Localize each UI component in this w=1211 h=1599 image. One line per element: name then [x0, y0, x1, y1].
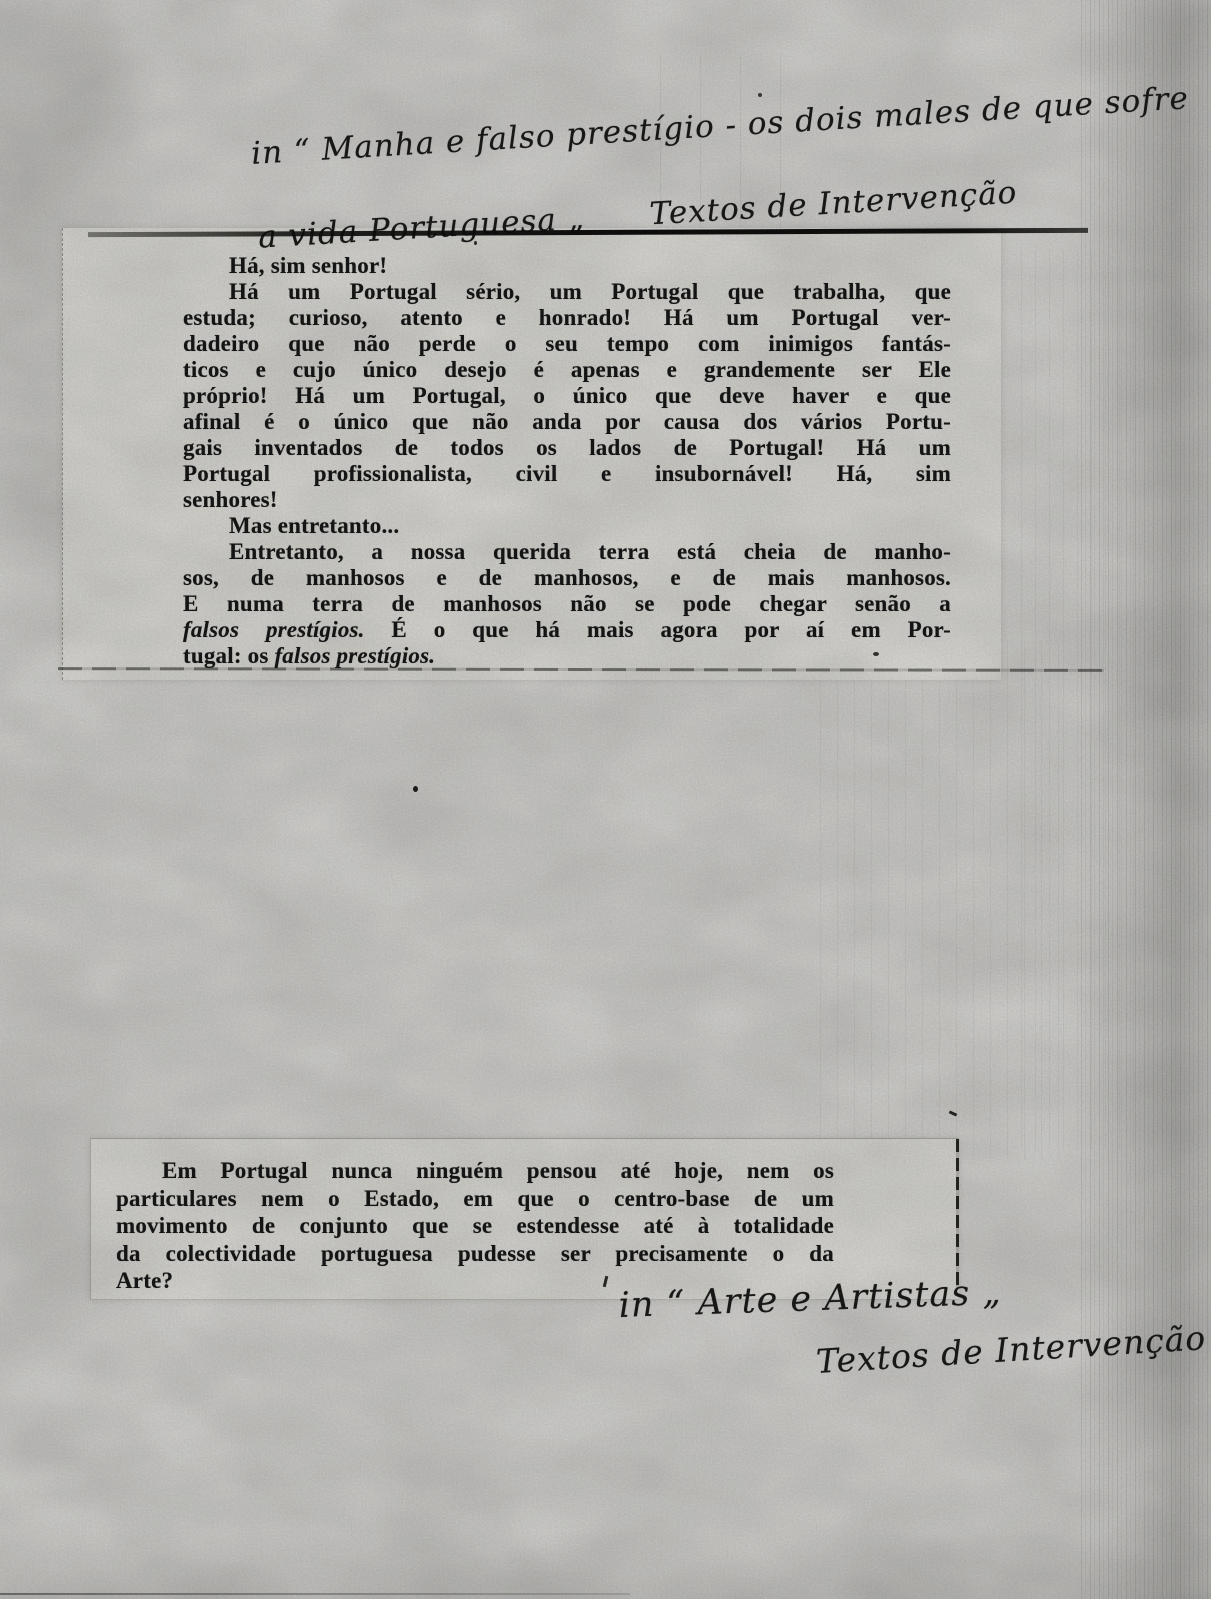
scan-streaks-middle: [820, 640, 1060, 1160]
print-segment: E numa terra de manhosos não se pode che…: [183, 591, 951, 616]
ink-speck: [413, 786, 418, 792]
print-line: falsos prestígios. É o que há mais agora…: [183, 617, 951, 643]
print-segment: sos, de manhosos e de manhosos, e de mai…: [183, 565, 951, 590]
print-line: particulares nem o Estado, em que o cent…: [116, 1185, 834, 1213]
print-line: Entretanto, a nossa querida terra está c…: [183, 539, 951, 565]
scan-edge-line-bottom: [0, 1593, 630, 1595]
print-segment-italic: falsos prestígios.: [274, 643, 435, 668]
print-segment: da colectividade portuguesa pudesse ser …: [116, 1241, 834, 1266]
newspaper-clipping-2: Em Portugal nunca ninguém pensou até hoj…: [90, 1138, 959, 1300]
print-line: dadeiro que não perde o seu tempo com in…: [183, 331, 951, 357]
handwritten-note-top-line1: in “ Manha e falso prestígio - os dois m…: [250, 80, 1190, 172]
print-segment: gais inventados de todos os lados de Por…: [183, 435, 951, 460]
print-line: ticos e cujo único desejo é apenas e gra…: [183, 357, 951, 383]
print-line: senhores!: [183, 487, 951, 513]
print-line: E numa terra de manhosos não se pode che…: [183, 591, 951, 617]
print-line: gais inventados de todos os lados de Por…: [183, 435, 951, 461]
print-line: da colectividade portuguesa pudesse ser …: [116, 1240, 834, 1268]
scanned-page: in “ Manha e falso prestígio - os dois m…: [0, 0, 1211, 1599]
handwritten-note-bottom-line2: Textos de Intervenção: [815, 1318, 1207, 1381]
print-line: sos, de manhosos e de manhosos, e de mai…: [183, 565, 951, 591]
print-segment: senhores!: [183, 487, 278, 512]
print-segment: Portugal profissionalista, civil e insub…: [183, 461, 951, 486]
print-segment: ticos e cujo único desejo é apenas e gra…: [183, 357, 951, 382]
print-segment: Em Portugal nunca ninguém pensou até hoj…: [162, 1158, 834, 1183]
clipping2-right-edge: [956, 1139, 959, 1289]
print-segment: É o que há mais agora por aí em Por-: [365, 617, 951, 642]
print-segment: particulares nem o Estado, em que o cent…: [116, 1186, 834, 1211]
print-segment: Arte?: [116, 1268, 173, 1293]
print-line: estuda; curioso, atento e honrado! Há um…: [183, 305, 951, 331]
print-segment-italic: falsos prestígios.: [183, 617, 365, 642]
print-segment: Entretanto, a nossa querida terra está c…: [229, 539, 951, 564]
scan-streaks-right-soft: [1021, 250, 1141, 1150]
print-segment: tugal: os: [183, 643, 274, 668]
print-line: Mas entretanto...: [183, 513, 951, 539]
print-line: Portugal profissionalista, civil e insub…: [183, 461, 951, 487]
print-line: Em Portugal nunca ninguém pensou até hoj…: [116, 1157, 834, 1185]
print-segment: Mas entretanto...: [229, 513, 399, 538]
print-line: movimento de conjunto que se estendesse …: [116, 1212, 834, 1240]
print-line: afinal é o único que não anda por causa …: [183, 409, 951, 435]
clipping1-text-block: Há, sim senhor!Há um Portugal sério, um …: [183, 253, 951, 669]
print-line: próprio! Há um Portugal, o único que dev…: [183, 383, 951, 409]
clipping2-text-block: Em Portugal nunca ninguém pensou até hoj…: [116, 1157, 834, 1295]
handwritten-note-top-line2: a vida Portuguesa „ Textos de Intervençã…: [255, 164, 1195, 256]
print-segment: movimento de conjunto que se estendesse …: [116, 1213, 834, 1238]
print-line: tugal: os falsos prestígios.: [183, 643, 951, 669]
handwritten-note-top: in “ Manha e falso prestígio - os dois m…: [248, 42, 1197, 293]
print-segment: próprio! Há um Portugal, o único que dev…: [183, 383, 951, 408]
paper-shade-bottom: [0, 1530, 1211, 1599]
ink-speck: [949, 1110, 958, 1116]
newspaper-clipping-1: Há, sim senhor!Há um Portugal sério, um …: [62, 228, 1001, 680]
print-segment: afinal é o único que não anda por causa …: [183, 409, 951, 434]
print-segment: dadeiro que não perde o seu tempo com in…: [183, 331, 951, 356]
print-segment: estuda; curioso, atento e honrado! Há um…: [183, 305, 951, 330]
